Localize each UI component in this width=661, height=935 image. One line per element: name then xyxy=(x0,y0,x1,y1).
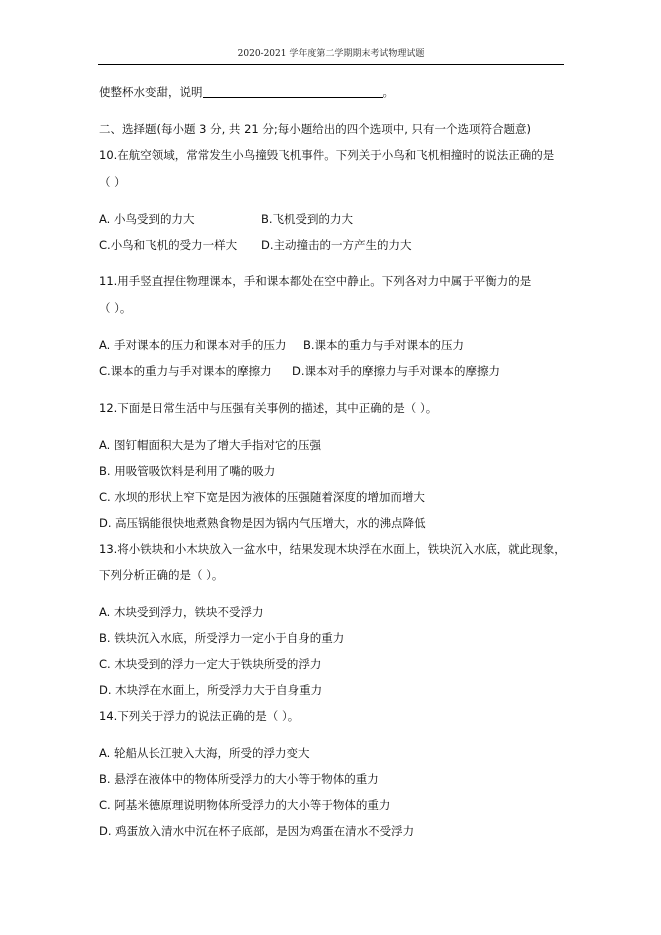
option-label: D. xyxy=(261,238,274,252)
question-11-option-b[interactable]: B.课本的重力与手对课本的压力 xyxy=(303,337,464,353)
option-text: 高压锅能很快地煮熟食物是因为锅内气压增大，水的沸点降低 xyxy=(115,516,426,530)
option-text: 铁块沉入水底，所受浮力一定小于自身的重力 xyxy=(114,631,344,645)
option-text: 课本的重力与手对课本的摩擦力 xyxy=(111,364,272,378)
option-label: B. xyxy=(99,464,111,478)
option-text: 鸡蛋放入清水中沉在杯子底部，是因为鸡蛋在清水不受浮力 xyxy=(115,824,414,838)
option-label: D. xyxy=(99,683,112,697)
question-12-stem: 12.下面是日常生活中与压强有关事例的描述，其中正确的是（ ）。 xyxy=(99,400,437,416)
question-13-option-c[interactable]: C. 木块受到的浮力一定大于铁块所受的浮力 xyxy=(99,656,321,672)
header-title: 2020-2021 学年度第二学期期末考试物理试题 xyxy=(238,49,425,59)
question-13-option-a[interactable]: A. 木块受到浮力，铁块不受浮力 xyxy=(99,604,263,620)
section-heading: 二、选择题(每小题 3 分, 共 21 分;每小题给出的四个选项中, 只有一个选… xyxy=(99,121,531,137)
question-12-option-a[interactable]: A. 图钉帽面积大是为了增大手指对它的压强 xyxy=(99,437,321,453)
header-rule xyxy=(98,64,564,65)
question-10-option-c[interactable]: C.小鸟和飞机的受力一样大 xyxy=(99,237,237,253)
question-14-option-b[interactable]: B. 悬浮在液体中的物体所受浮力的大小等于物体的重力 xyxy=(99,771,379,787)
option-text: 水坝的形状上窄下宽是因为液体的压强随着深度的增加而增大 xyxy=(114,490,425,504)
question-14-option-d[interactable]: D. 鸡蛋放入清水中沉在杯子底部，是因为鸡蛋在清水不受浮力 xyxy=(99,823,414,839)
option-text: 木块受到的浮力一定大于铁块所受的浮力 xyxy=(114,657,321,671)
option-text: 课本对手的摩擦力与手对课本的摩擦力 xyxy=(305,364,501,378)
option-label: A. xyxy=(99,605,110,619)
option-label: D. xyxy=(292,364,305,378)
question-14-option-c[interactable]: C. 阿基米德原理说明物体所受浮力的大小等于物体的重力 xyxy=(99,797,390,813)
option-label: D. xyxy=(99,516,112,530)
option-label: A. xyxy=(99,746,110,760)
question-10-stem: 10.在航空领域，常常发生小鸟撞毁飞机事件。下列关于小鸟和飞机相撞时的说法正确的… xyxy=(99,147,554,163)
option-label: B. xyxy=(261,212,273,226)
option-text: 轮船从长江驶入大海，所受的浮力变大 xyxy=(114,746,310,760)
option-label: A. xyxy=(99,338,110,352)
question-12-option-b[interactable]: B. 用吸管吸饮料是利用了嘴的吸力 xyxy=(99,463,275,479)
question-11-option-c[interactable]: C.课本的重力与手对课本的摩擦力 xyxy=(99,363,272,379)
question-13-option-b[interactable]: B. 铁块沉入水底，所受浮力一定小于自身的重力 xyxy=(99,630,344,646)
option-text: 用吸管吸饮料是利用了嘴的吸力 xyxy=(114,464,275,478)
option-text: 小鸟和飞机的受力一样大 xyxy=(111,238,238,252)
option-label: C. xyxy=(99,657,111,671)
question-12-option-d[interactable]: D. 高压锅能很快地煮熟食物是因为锅内气压增大，水的沸点降低 xyxy=(99,515,426,531)
option-text: 小鸟受到的力大 xyxy=(114,212,195,226)
carryover-line: 使整杯水变甜，说明。 xyxy=(99,84,394,100)
option-text: 图钉帽面积大是为了增大手指对它的压强 xyxy=(114,438,321,452)
option-label: C. xyxy=(99,364,111,378)
question-11-option-a[interactable]: A. 手对课本的压力和课本对手的压力 xyxy=(99,337,286,353)
question-11-stem-blank: （ ）。 xyxy=(99,300,131,316)
option-label: D. xyxy=(99,824,112,838)
question-13-stem: 13.将小铁块和小木块放入一盆水中，结果发现木块浮在水面上，铁块沉入水底，就此现… xyxy=(99,541,566,557)
option-text: 手对课本的压力和课本对手的压力 xyxy=(114,338,287,352)
option-text: 悬浮在液体中的物体所受浮力的大小等于物体的重力 xyxy=(114,772,379,786)
option-label: C. xyxy=(99,798,111,812)
question-13-stem-line2: 下列分析正确的是（ ）。 xyxy=(99,567,223,583)
question-14-option-a[interactable]: A. 轮船从长江驶入大海，所受的浮力变大 xyxy=(99,745,309,761)
option-label: B. xyxy=(303,338,315,352)
option-text: 飞机受到的力大 xyxy=(273,212,354,226)
carryover-suffix: 。 xyxy=(383,85,395,99)
question-10-stem-blank: （ ） xyxy=(99,174,126,190)
question-14-stem: 14.下列关于浮力的说法正确的是（ ）。 xyxy=(99,708,299,724)
option-text: 木块浮在水面上，所受浮力大于自身重力 xyxy=(115,683,322,697)
option-label: C. xyxy=(99,490,111,504)
page-header: 2020-2021 学年度第二学期期末考试物理试题 xyxy=(98,47,564,61)
question-10-option-b[interactable]: B.飞机受到的力大 xyxy=(261,211,353,227)
answer-blank[interactable] xyxy=(203,85,383,98)
question-13-option-d[interactable]: D. 木块浮在水面上，所受浮力大于自身重力 xyxy=(99,682,322,698)
option-label: A. xyxy=(99,212,110,226)
question-11-option-d[interactable]: D.课本对手的摩擦力与手对课本的摩擦力 xyxy=(292,363,500,379)
option-label: B. xyxy=(99,631,111,645)
option-text: 主动撞击的一方产生的力大 xyxy=(274,238,412,252)
question-10-option-d[interactable]: D.主动撞击的一方产生的力大 xyxy=(261,237,412,253)
option-label: B. xyxy=(99,772,111,786)
question-11-stem: 11.用手竖直捏住物理课本，手和课本都处在空中静止。下列各对力中属于平衡力的是 xyxy=(99,273,531,289)
carryover-prefix: 使整杯水变甜，说明 xyxy=(99,85,203,99)
question-10-option-a[interactable]: A. 小鸟受到的力大 xyxy=(99,211,194,227)
option-text: 阿基米德原理说明物体所受浮力的大小等于物体的重力 xyxy=(114,798,390,812)
option-label: A. xyxy=(99,438,110,452)
option-label: C. xyxy=(99,238,111,252)
question-12-option-c[interactable]: C. 水坝的形状上窄下宽是因为液体的压强随着深度的增加而增大 xyxy=(99,489,425,505)
option-text: 课本的重力与手对课本的压力 xyxy=(315,338,465,352)
option-text: 木块受到浮力，铁块不受浮力 xyxy=(114,605,264,619)
